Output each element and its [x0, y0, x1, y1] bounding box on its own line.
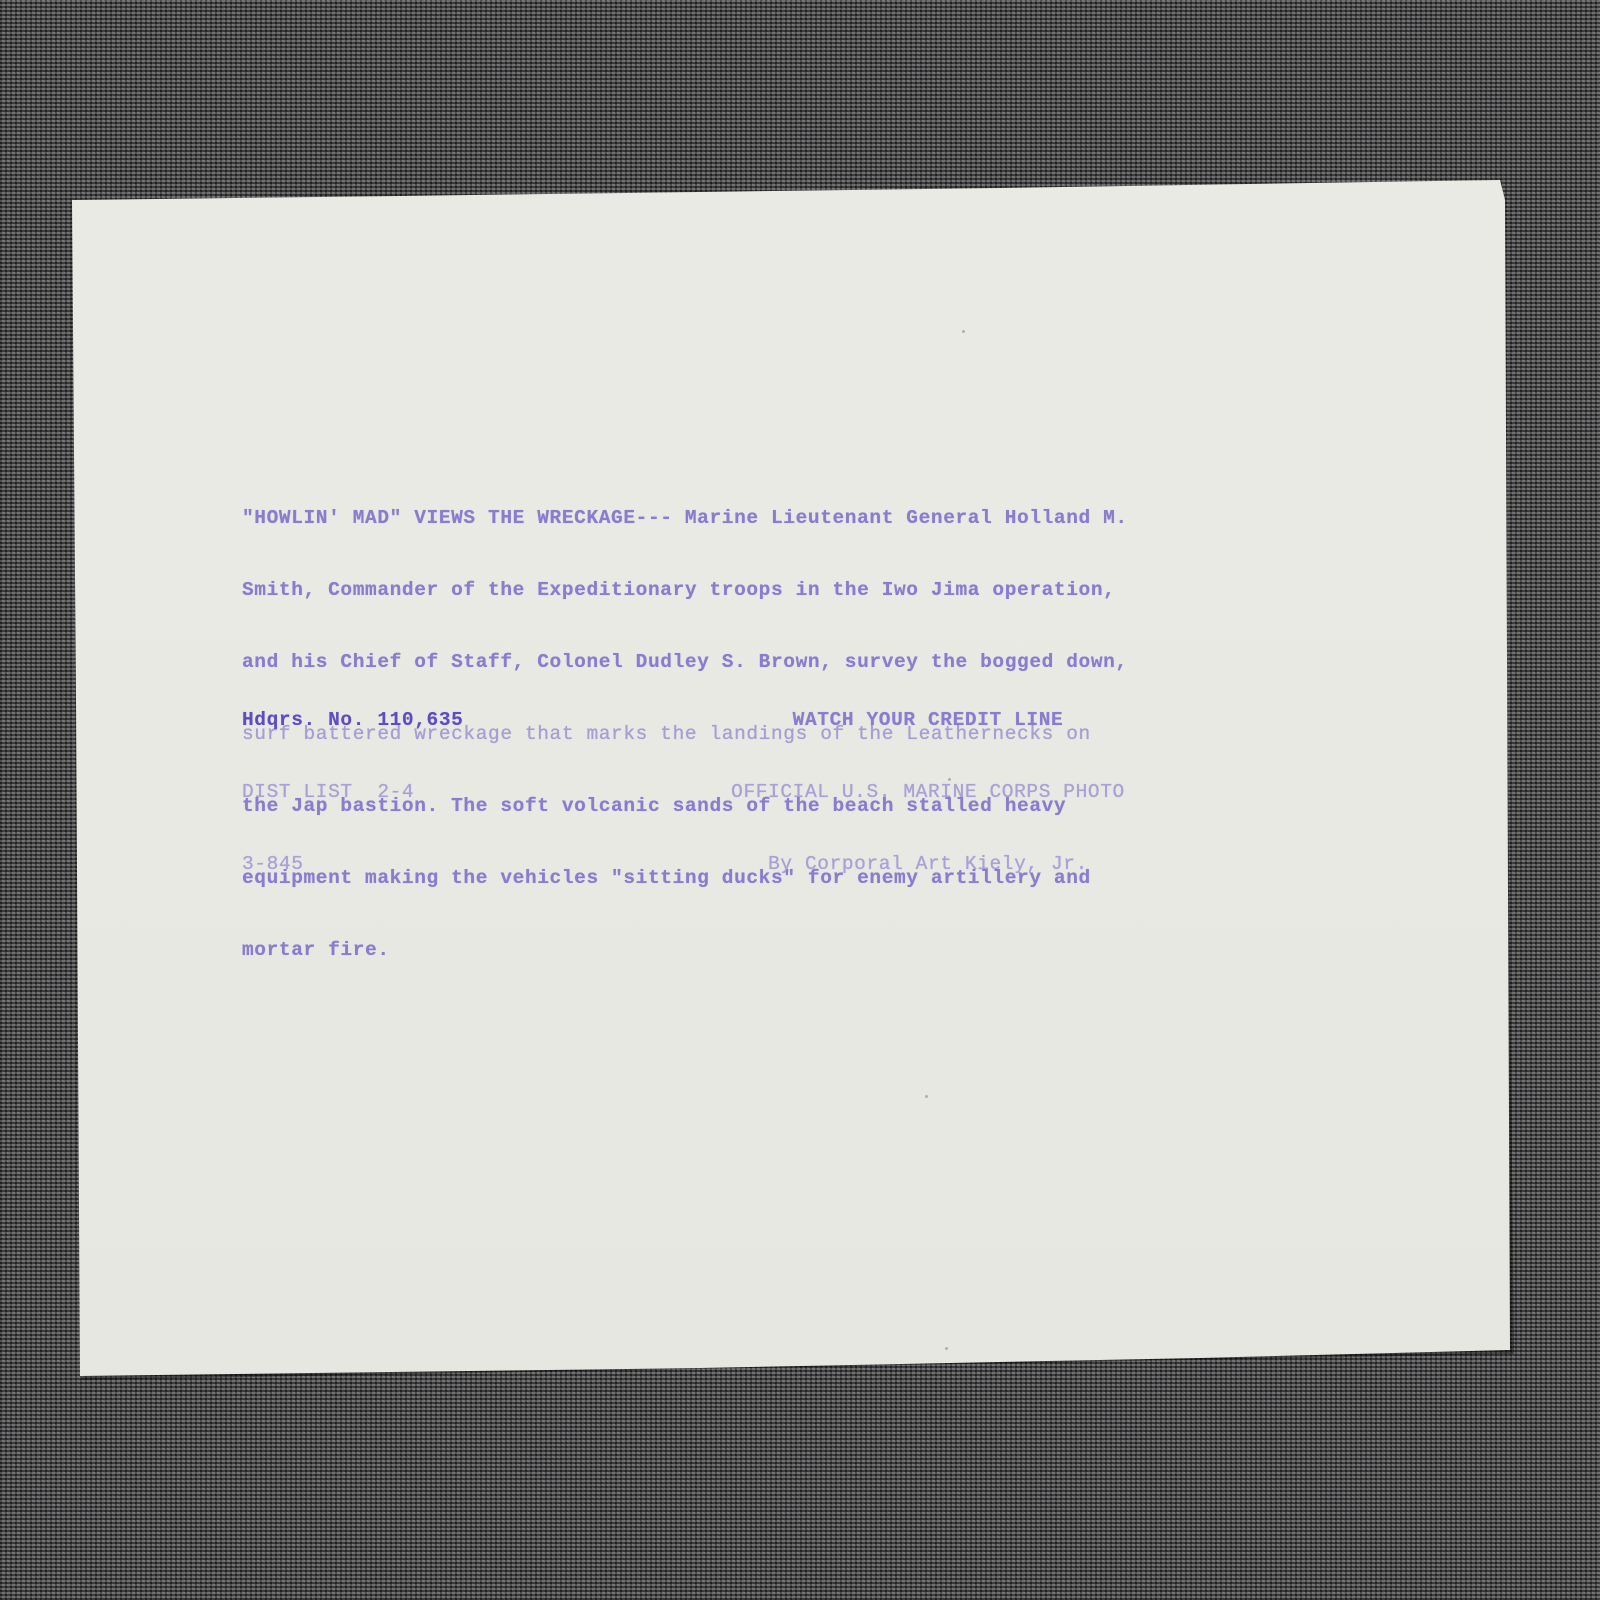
- credit-official: OFFICIAL U.S. MARINE CORPS PHOTO: [688, 780, 1168, 804]
- reference-code: 3-845: [242, 852, 463, 876]
- credit-photographer: By Corporal Art Kiely, Jr.: [688, 852, 1168, 876]
- credit-notice: WATCH YOUR CREDIT LINE: [688, 708, 1168, 732]
- paper-speck: [925, 1095, 928, 1098]
- caption-line: "HOWLIN' MAD" VIEWS THE WRECKAGE--- Mari…: [242, 506, 1128, 530]
- credit-block: WATCH YOUR CREDIT LINE OFFICIAL U.S. MAR…: [688, 660, 1168, 900]
- dist-list: DIST LIST 2-4: [242, 780, 463, 804]
- caption-line: Smith, Commander of the Expeditionary tr…: [242, 578, 1128, 602]
- paper-speck: [962, 330, 965, 333]
- paper-speck: [945, 1347, 948, 1350]
- hq-number: Hdqrs. No. 110,635: [242, 708, 463, 732]
- caption-line: mortar fire.: [242, 938, 1128, 962]
- reference-block: Hdqrs. No. 110,635 DIST LIST 2-4 3-845: [242, 660, 463, 900]
